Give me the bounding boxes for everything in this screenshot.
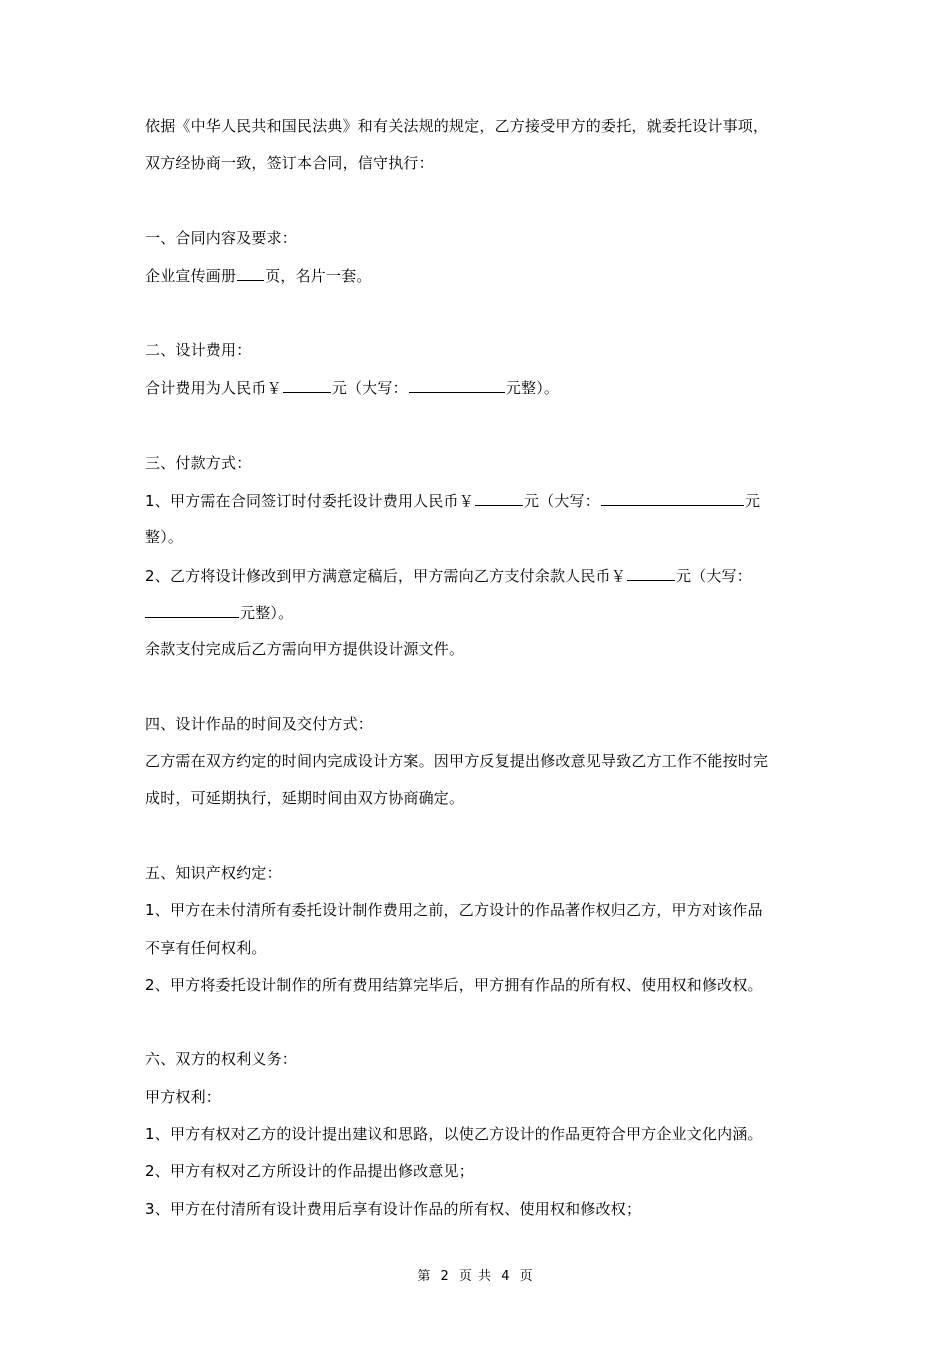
document-page: 依据《中华人民共和国民法典》和有关法规的规定，乙方接受甲方的委托，就委托设计事项… xyxy=(0,0,950,1346)
balance-amount-blank xyxy=(627,565,675,581)
section-2-text-mid: 元（大写： xyxy=(332,379,408,397)
section-3-heading: 三、付款方式： xyxy=(145,453,251,473)
footer-middle: 页 共 xyxy=(459,1269,491,1284)
deposit-amount-blank xyxy=(475,490,523,506)
section-6-heading: 六、双方的权利义务： xyxy=(145,1049,297,1069)
intro-line-1: 依据《中华人民共和国民法典》和有关法规的规定，乙方接受甲方的委托，就委托设计事项… xyxy=(145,116,768,136)
footer-suffix: 页 xyxy=(520,1269,533,1284)
total-fee-amount-blank xyxy=(283,377,331,393)
section-5-heading: 五、知识产权约定： xyxy=(145,863,282,883)
section-1-heading: 一、合同内容及要求： xyxy=(145,228,297,248)
deposit-capital-blank xyxy=(601,490,744,506)
section-3-item-1-line-2: 整）。 xyxy=(145,527,183,547)
section-5-item-2: 2、甲方将委托设计制作的所有费用结算完毕后，甲方拥有作品的所有权、使用权和修改权… xyxy=(145,975,763,995)
section-6-item-3: 3、甲方在付清所有设计费用后享有设计作品的所有权、使用权和修改权； xyxy=(145,1199,641,1219)
section-2-text-pre: 合计费用为人民币￥ xyxy=(145,379,282,397)
total-fee-capital-blank xyxy=(409,377,505,393)
current-page-number: 2 xyxy=(441,1269,449,1284)
footer-prefix: 第 xyxy=(417,1269,430,1284)
section-2-text-post: 元整）。 xyxy=(506,379,559,397)
section-3-note: 余款支付完成后乙方需向甲方提供设计源文件。 xyxy=(145,639,464,659)
section-3-item-2-post: 元整）。 xyxy=(240,604,293,622)
section-2-heading: 二、设计费用： xyxy=(145,340,251,360)
section-1-text-post: 页，名片一套。 xyxy=(265,267,371,285)
section-6-subheading: 甲方权利： xyxy=(145,1087,221,1107)
section-4-heading: 四、设计作品的时间及交付方式： xyxy=(145,714,373,734)
section-6-item-2: 2、甲方有权对乙方所设计的作品提出修改意见； xyxy=(145,1161,474,1181)
section-3-item-1-tail: 元 xyxy=(745,492,760,510)
section-4-line-1: 乙方需在双方约定的时间内完成设计方案。因甲方反复提出修改意见导致乙方工作不能按时… xyxy=(145,751,768,771)
section-1-text-pre: 企业宣传画册 xyxy=(145,267,236,285)
section-1-content: 企业宣传画册页，名片一套。 xyxy=(145,265,372,286)
section-5-item-1-line-2: 不享有任何权利。 xyxy=(145,938,267,958)
section-2-content: 合计费用为人民币￥元（大写：元整）。 xyxy=(145,377,559,398)
page-footer: 第 2 页 共 4 页 xyxy=(0,1268,950,1286)
section-4-line-2: 成时，可延期执行，延期时间由双方协商确定。 xyxy=(145,788,464,808)
page-count-blank xyxy=(237,265,264,281)
total-page-count: 4 xyxy=(501,1269,509,1284)
section-3-item-2-pre: 2、乙方将设计修改到甲方满意定稿后，甲方需向乙方支付余款人民币￥ xyxy=(145,567,626,585)
balance-capital-blank xyxy=(145,602,239,618)
intro-line-2: 双方经协商一致，签订本合同，信守执行： xyxy=(145,153,434,173)
section-5-item-1-line-1: 1、甲方在未付清所有委托设计制作费用之前，乙方设计的作品著作权归乙方，甲方对该作… xyxy=(145,900,763,920)
section-3-item-2-line-2: 元整）。 xyxy=(145,602,293,623)
section-3-item-2-mid: 元（大写： xyxy=(676,567,752,585)
section-3-item-1-mid: 元（大写： xyxy=(524,492,600,510)
section-6-item-1: 1、甲方有权对乙方的设计提出建议和思路，以使乙方设计的作品更符合甲方企业文化内涵… xyxy=(145,1124,763,1144)
section-3-item-1-pre: 1、甲方需在合同签订时付委托设计费用人民币￥ xyxy=(145,492,474,510)
section-3-item-1-line-1: 1、甲方需在合同签订时付委托设计费用人民币￥元（大写：元 xyxy=(145,490,760,511)
section-3-item-2-line-1: 2、乙方将设计修改到甲方满意定稿后，甲方需向乙方支付余款人民币￥元（大写： xyxy=(145,565,752,586)
